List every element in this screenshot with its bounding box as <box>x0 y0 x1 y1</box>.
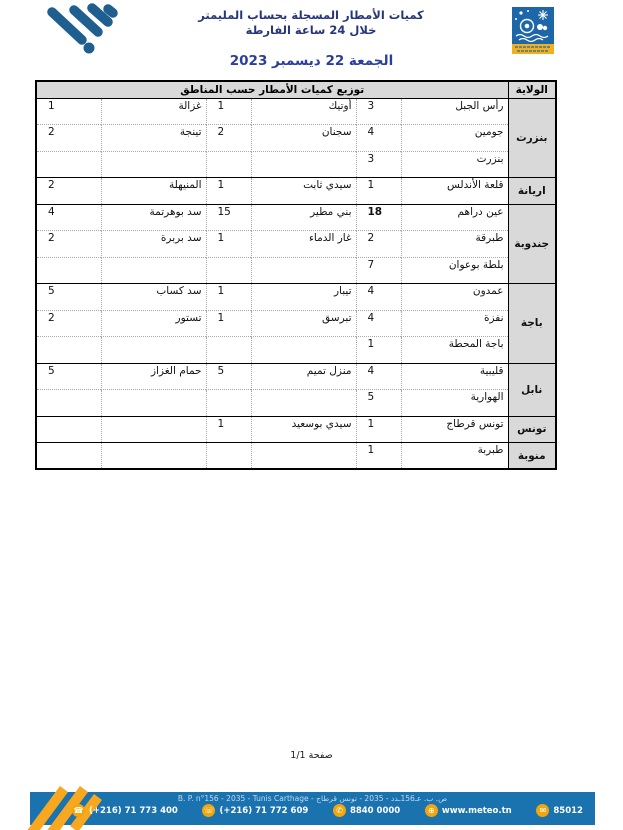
contact-text: www.meteo.tn <box>442 806 512 816</box>
station-value-cell: 1 <box>356 443 401 470</box>
station-value-cell: 2 <box>356 231 401 258</box>
station-value-cell: 1 <box>206 178 251 205</box>
station-name-cell: سيدي ثابت <box>251 178 356 205</box>
station-value-cell: 2 <box>36 310 101 337</box>
wilaya-cell: تونس <box>508 416 556 443</box>
contact-text: (+216) 71 772 609 <box>219 806 308 816</box>
report-title: كميات الأمطار المسجلة بحساب المليمتر خلا… <box>150 8 472 38</box>
footer-address: B. P. n°156 - 2035 - Tunis Carthage - ص.… <box>30 794 595 803</box>
station-name-cell: عمدون <box>401 284 508 311</box>
wilaya-cell: جندوبة <box>508 204 556 284</box>
rain-strokes-icon <box>28 2 120 56</box>
station-name-cell: غزالة <box>101 98 206 125</box>
station-value-cell: 1 <box>206 98 251 125</box>
station-value-cell: 4 <box>356 310 401 337</box>
table-row: بنزرت3 <box>36 151 556 178</box>
station-name-cell: تيبار <box>251 284 356 311</box>
station-value-cell: 18 <box>356 204 401 231</box>
table-row: جندوبةعين دراهم18بني مطير15سد بوهرتمة4 <box>36 204 556 231</box>
title-line2: خلال 24 ساعة الفارطة <box>150 23 472 38</box>
station-name-cell: غار الدماء <box>251 231 356 258</box>
station-value-cell: 1 <box>36 98 101 125</box>
wilaya-cell: نابل <box>508 363 556 416</box>
station-name-cell: باجة المحطة <box>401 337 508 364</box>
station-value-cell: 4 <box>356 125 401 152</box>
wilaya-cell: اريانة <box>508 178 556 205</box>
station-value-cell <box>206 151 251 178</box>
station-value-cell <box>36 337 101 364</box>
station-name-cell <box>101 151 206 178</box>
wilaya-cell: باجة <box>508 284 556 364</box>
station-name-cell: تبرسق <box>251 310 356 337</box>
station-name-cell: رأس الجبل <box>401 98 508 125</box>
contact-item: ✉85012 <box>536 804 583 817</box>
report-page: كميات الأمطار المسجلة بحساب المليمتر خلا… <box>0 0 623 830</box>
station-name-cell: أوتيك <box>251 98 356 125</box>
contact-text: 85012 <box>553 806 583 816</box>
station-name-cell: سجنان <box>251 125 356 152</box>
station-value-cell: 3 <box>356 151 401 178</box>
table-row: طبرقة2غار الدماء1سد بربرة2 <box>36 231 556 258</box>
contact-item: ☎(+216) 71 773 400 <box>72 804 178 817</box>
station-name-cell <box>251 257 356 284</box>
station-value-cell: 2 <box>36 178 101 205</box>
table-row: نفزة4تبرسق1تستور2 <box>36 310 556 337</box>
station-name-cell: سيدي بوسعيد <box>251 416 356 443</box>
station-value-cell: 5 <box>36 284 101 311</box>
table-row: باجة المحطة1 <box>36 337 556 364</box>
station-value-cell: 1 <box>356 416 401 443</box>
station-name-cell <box>251 337 356 364</box>
station-name-cell <box>101 390 206 417</box>
station-value-cell: 1 <box>356 178 401 205</box>
table-row: جومين4سجنان2تينجة2 <box>36 125 556 152</box>
station-name-cell <box>251 390 356 417</box>
station-value-cell: 5 <box>356 390 401 417</box>
station-name-cell: سد بوهرتمة <box>101 204 206 231</box>
station-name-cell <box>101 416 206 443</box>
contact-item: ⊕www.meteo.tn <box>425 804 512 817</box>
table-row: بنزرترأس الجبل3أوتيك1غزالة1 <box>36 98 556 125</box>
contact-text: (+216) 71 773 400 <box>89 806 178 816</box>
station-name-cell: طبرقة <box>401 231 508 258</box>
station-value-cell: 1 <box>206 416 251 443</box>
station-value-cell: 4 <box>36 204 101 231</box>
station-value-cell <box>36 443 101 470</box>
station-value-cell: 4 <box>356 284 401 311</box>
station-value-cell <box>36 390 101 417</box>
station-value-cell: 2 <box>36 125 101 152</box>
station-name-cell: تستور <box>101 310 206 337</box>
station-value-cell <box>36 151 101 178</box>
station-name-cell: بنزرت <box>401 151 508 178</box>
footer-contacts: ☎(+216) 71 773 400☏(+216) 71 772 609✆884… <box>72 804 583 817</box>
page-number: صفحة 1/1 <box>0 750 623 761</box>
station-name-cell: بلطة بوعوان <box>401 257 508 284</box>
station-name-cell: قلعة الأندلس <box>401 178 508 205</box>
station-name-cell: منزل تميم <box>251 363 356 390</box>
station-value-cell: 5 <box>206 363 251 390</box>
station-value-cell <box>206 337 251 364</box>
station-name-cell: سد بربرة <box>101 231 206 258</box>
station-value-cell: 3 <box>356 98 401 125</box>
station-value-cell: 1 <box>206 231 251 258</box>
station-value-cell <box>206 257 251 284</box>
station-name-cell: تينجة <box>101 125 206 152</box>
wilaya-cell: بنزرت <box>508 98 556 178</box>
station-value-cell: 5 <box>36 363 101 390</box>
station-value-cell <box>36 416 101 443</box>
table-header-row: الولاية توزيع كميات الأمطار حسب المناطق <box>36 81 556 98</box>
station-value-cell <box>206 443 251 470</box>
station-name-cell: بني مطير <box>251 204 356 231</box>
station-value-cell: 2 <box>36 231 101 258</box>
station-name-cell: قليبية <box>401 363 508 390</box>
station-value-cell: 7 <box>356 257 401 284</box>
rainfall-table: الولاية توزيع كميات الأمطار حسب المناطق … <box>35 80 557 470</box>
contact-text: 8840 0000 <box>350 806 400 816</box>
mobile-phone-icon: ✆ <box>333 804 346 817</box>
station-value-cell: 4 <box>356 363 401 390</box>
footer-bar: B. P. n°156 - 2035 - Tunis Carthage - ص.… <box>30 792 595 825</box>
contact-item: ☏(+216) 71 772 609 <box>202 804 308 817</box>
station-name-cell <box>101 337 206 364</box>
contact-item: ✆8840 0000 <box>333 804 400 817</box>
station-value-cell: 1 <box>206 310 251 337</box>
table-row: اريانةقلعة الأندلس1سيدي ثابت1المنيهلة2 <box>36 178 556 205</box>
station-name-cell <box>101 443 206 470</box>
title-line1: كميات الأمطار المسجلة بحساب المليمتر <box>150 8 472 23</box>
inm-emblem-logo <box>512 7 554 54</box>
station-value-cell <box>206 390 251 417</box>
wilaya-cell: منوبة <box>508 443 556 470</box>
wilaya-column-header: الولاية <box>508 81 556 98</box>
station-value-cell: 1 <box>356 337 401 364</box>
station-name-cell <box>251 151 356 178</box>
report-date: الجمعة 22 ديسمبر 2023 <box>0 53 623 69</box>
footer-address-arabic: ص. ب. عـ156ـدد - 2035 - تونس قرطاج <box>316 794 447 803</box>
table-row: تونستونس قرطاج1سيدي بوسعيد1 <box>36 416 556 443</box>
station-name-cell <box>251 443 356 470</box>
station-name-cell: تونس قرطاج <box>401 416 508 443</box>
table-row: باجةعمدون4تيبار1سد كساب5 <box>36 284 556 311</box>
table-span-header: توزيع كميات الأمطار حسب المناطق <box>36 81 508 98</box>
station-name-cell: عين دراهم <box>401 204 508 231</box>
inm-brand-logo <box>28 2 120 56</box>
station-name-cell: طبربة <box>401 443 508 470</box>
station-name-cell: نفزة <box>401 310 508 337</box>
station-name-cell: سد كساب <box>101 284 206 311</box>
phone-icon: ☎ <box>72 804 85 817</box>
sms-icon: ✉ <box>536 804 549 817</box>
fax-icon: ☏ <box>202 804 215 817</box>
table-row: بلطة بوعوان7 <box>36 257 556 284</box>
weather-emblem-icon <box>512 7 554 54</box>
station-name-cell <box>101 257 206 284</box>
station-name-cell: جومين <box>401 125 508 152</box>
rain-table-body: بنزرترأس الجبل3أوتيك1غزالة1جومين4سجنان2ت… <box>36 98 556 469</box>
table-row: الهوارية5 <box>36 390 556 417</box>
station-value-cell <box>36 257 101 284</box>
station-name-cell: حمام الغزاز <box>101 363 206 390</box>
station-name-cell: المنيهلة <box>101 178 206 205</box>
station-value-cell: 2 <box>206 125 251 152</box>
station-name-cell: الهوارية <box>401 390 508 417</box>
globe-icon: ⊕ <box>425 804 438 817</box>
footer-address-latin: B. P. n°156 - 2035 - Tunis Carthage - <box>178 794 314 803</box>
station-value-cell: 15 <box>206 204 251 231</box>
table-row: منوبةطبربة1 <box>36 443 556 470</box>
station-value-cell: 1 <box>206 284 251 311</box>
table-row: نابلقليبية4منزل تميم5حمام الغزاز5 <box>36 363 556 390</box>
